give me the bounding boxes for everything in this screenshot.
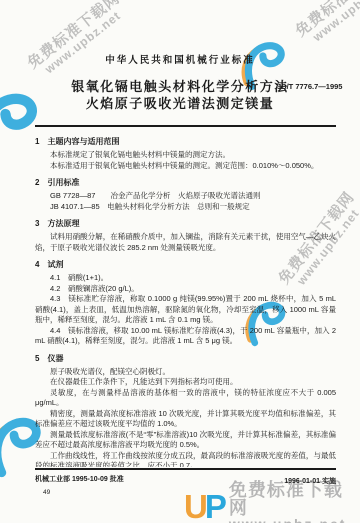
section-1: 1主题内容与适用范围本标准规定了银氧化镉电触头材料中镁量的测定方法。本标准适用于… [35,136,336,171]
header-rule [35,125,336,127]
paragraph: JB 4107.1—85 电触头材料化学分析方法 总则和一般规定 [35,202,336,213]
section-2: 2引用标准GB 7728—87 冶金产品化学分析 火焰原子吸收光谱法通则JB 4… [35,177,336,212]
paragraph: 试料用硝酸分解，在稀硝酸介质中，加入镧盐，消除有关元素干扰，使用空气—乙炔火焰，… [35,232,336,253]
paragraph: 测量最低浓度标准溶液(不是“零”标准溶液)10 次吸光度，并计算其标准偏差，其标… [35,430,336,451]
standard-document-page: 中华人民共和国机械行业标准 银氧化镉电触头材料化学分析方法 火焰原子吸收光谱法测… [0,0,360,523]
document-title-line2: 火焰原子吸收光谱法测定镁量 [0,93,360,112]
standard-number: JB/T 7776.7—1995 [277,82,342,91]
paragraph: 4.3 镁标准贮存溶液，称取 0.1000 g 纯镁(99.95%)置于 200… [35,294,336,326]
footer-rule [35,468,336,470]
section-title: 方法原理 [47,219,79,228]
footer-approval: 机械工业部 1995-10-09 批准 [35,474,124,484]
paragraph: 本标准规定了银氧化镉电触头材料中镁量的测定方法。 [35,150,336,161]
paragraph: 4.2 硝酸镧溶液(20 g/L)。 [35,284,336,295]
section-title: 引用标准 [47,178,79,187]
document-org-line: 中华人民共和国机械行业标准 [0,52,360,66]
page-number: 49 [43,489,50,496]
section-title: 试剂 [47,260,63,269]
section-heading: 5仪器 [35,353,336,364]
section-4: 4试剂4.1 硝酸(1+1)。4.2 硝酸镧溶液(20 g/L)。4.3 镁标准… [35,259,336,347]
document-body: 1主题内容与适用范围本标准规定了银氧化镉电触头材料中镁量的测定方法。本标准适用于… [35,130,336,467]
section-title: 仪器 [47,354,63,363]
paragraph: 工作曲线线性，将工作曲线按浓度分成五段，最高段的标准溶液吸光度的差值，与最低段的… [35,451,336,468]
paragraph: GB 7728—87 冶金产品化学分析 火焰原子吸收光谱法通则 [35,191,336,202]
section-number: 3 [35,219,39,228]
paragraph: 原子吸收光谱仪，配镁空心阴极灯。 [35,367,336,378]
section-title: 主题内容与适用范围 [47,137,119,146]
section-5: 5仪器原子吸收光谱仪，配镁空心阴极灯。在仪器最佳工作条件下，凡能达到下列指标者均… [35,353,336,468]
section-heading: 1主题内容与适用范围 [35,136,336,147]
section-heading: 2引用标准 [35,177,336,188]
paragraph: 本标准适用于银氧化镉电触头材料中镁量的测定。测定范围：0.010%～0.050%… [35,161,336,172]
paragraph: 4.4 镁标准溶液，移取 10.00 mL 镁标准贮存溶液(4.3)，于 200… [35,326,336,347]
paragraph: 精密度，测量最高浓度标准溶液 10 次吸光度，并计算其吸光度平均值和标准偏差，其… [35,409,336,430]
paragraph: 灵敏度，在与测量样品溶液的基体相一致的溶液中，镁的特征浓度应不大于 0.005 … [35,388,336,409]
section-number: 5 [35,354,39,363]
footer-implementation: 1996-01-01 实施 [284,476,336,486]
section-number: 4 [35,260,39,269]
section-3: 3方法原理试料用硝酸分解，在稀硝酸介质中，加入镧盐，消除有关元素干扰，使用空气—… [35,218,336,253]
paragraph: 4.1 硝酸(1+1)。 [35,273,336,284]
section-heading: 3方法原理 [35,218,336,229]
section-heading: 4试剂 [35,259,336,270]
section-number: 2 [35,178,39,187]
paragraph: 在仪器最佳工作条件下，凡能达到下列指标者均可使用。 [35,377,336,388]
section-number: 1 [35,137,39,146]
